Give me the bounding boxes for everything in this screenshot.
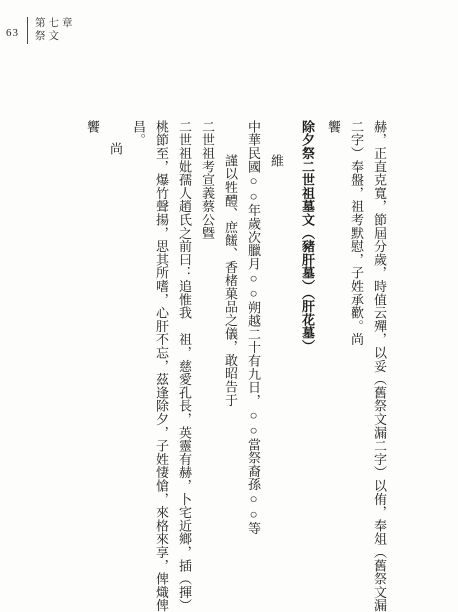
text-column-shang: 尚 bbox=[109, 120, 122, 606]
text-column-xiang: 饗 bbox=[327, 120, 340, 606]
header-titles: 第七章 祭文 bbox=[35, 17, 76, 43]
book-page: 63 第七章 祭文 赫，正直克寬，節屆分歲，時值云殫，以妥（舊祭文漏二字）以侑，… bbox=[0, 0, 458, 612]
text-column-xiang: 饗 bbox=[86, 120, 99, 606]
section-title: 除夕祭二世祖墓文（豬肝墓）（肝花墓） bbox=[301, 120, 314, 606]
text-column-wei: 維 bbox=[270, 120, 283, 606]
header-divider bbox=[27, 17, 28, 44]
text-column: 二世祖考宣義蔡公曁 bbox=[201, 120, 214, 606]
text-column: 昌。 bbox=[132, 120, 145, 606]
text-column: 謹以牲醴、庶饈、香楮菓品之儀，敢昭告于 bbox=[224, 120, 237, 606]
document-body: 赫，正直克寬，節屆分歲，時值云殫，以妥（舊祭文漏二字）以侑，奉俎（舊祭文漏 二字… bbox=[76, 120, 386, 606]
chapter-title: 第七章 bbox=[35, 17, 76, 30]
text-column: 赫，正直克寬，節屆分歲，時值云殫，以妥（舊祭文漏二字）以侑，奉俎（舊祭文漏 bbox=[373, 120, 386, 606]
section-label: 祭文 bbox=[35, 30, 76, 43]
text-column: 桃節至，爆竹聲揚，思其所嗜，心肝不忘，茲逢除夕，子姓悽愴，來格來享，俾熾俾 bbox=[155, 120, 168, 606]
running-head: 63 第七章 祭文 bbox=[6, 17, 76, 44]
text-column: 中華民國○○年歲次臘月○○朔越二十有九日，○○當祭裔孫○○等 bbox=[247, 120, 260, 606]
text-column: 二世祖妣孺人趙氏之前曰：追惟我 祖，慈愛孔長，英靈有赫，卜宅近鄉，插（揮） bbox=[178, 120, 191, 606]
page-number: 63 bbox=[6, 28, 19, 39]
text-column: 二字）奉盤，祖考默慰，子姓承歡。尚 bbox=[350, 120, 363, 606]
